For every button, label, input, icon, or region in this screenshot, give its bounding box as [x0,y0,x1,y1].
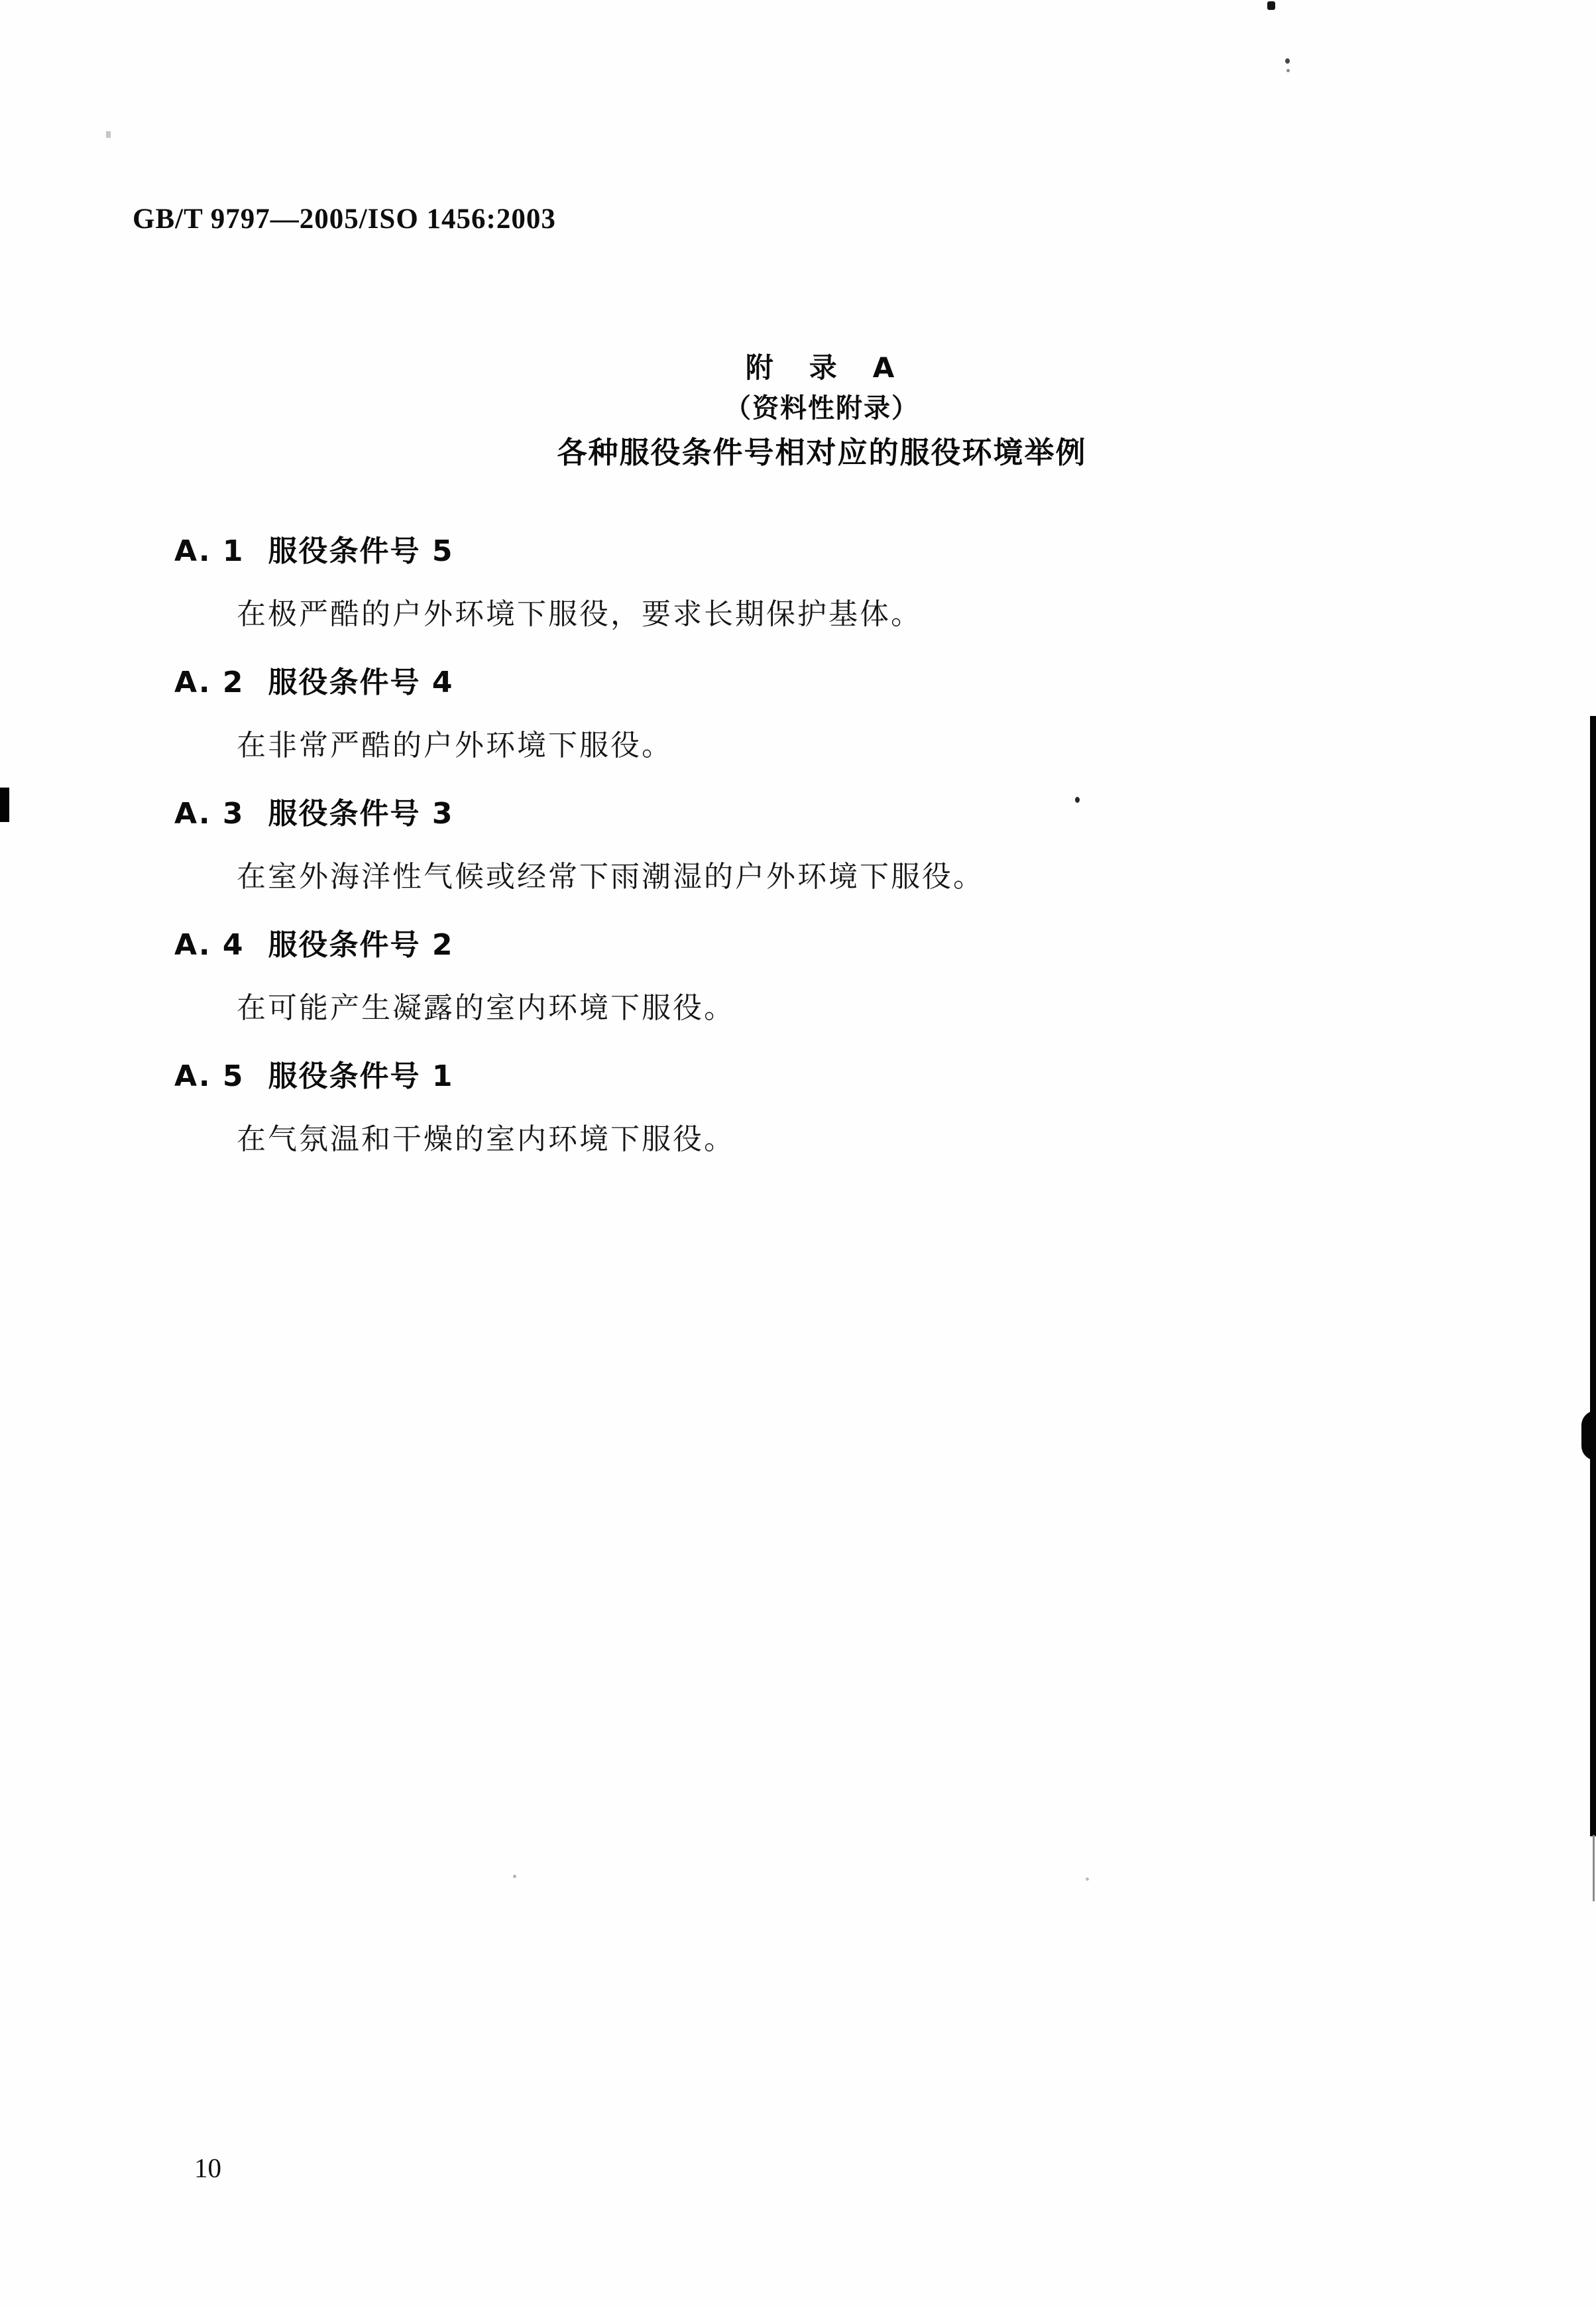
scan-artifact-right-edge-bulge [1581,1411,1596,1460]
page-number: 10 [194,2152,221,2184]
section-title: 服役条件号 2 [268,928,454,962]
section-heading: A. 3服役条件号 3 [174,790,453,832]
scan-artifact-right-edge-tail [1593,1835,1595,1901]
section-heading: A. 2服役条件号 4 [174,658,453,701]
section-title: 服役条件号 1 [268,1059,454,1093]
section-number: A. 3 [174,797,245,831]
appendix-sections: A. 1服役条件号 5 在极严酷的户外环境下服役，要求长期保护基体。 A. 2服… [0,527,1596,1183]
scan-artifact-speck [1086,1877,1089,1881]
appendix-heading: 各种服役条件号相对应的服役环境举例 [48,428,1596,471]
document-page: GB/T 9797—2005/ISO 1456:2003 附 录 A （资料性附… [0,0,1596,2307]
section-body: 在非常严酷的户外环境下服役。 [237,721,673,764]
section-number: A. 4 [174,928,245,962]
scan-artifact-speck [106,131,111,138]
appendix-subtitle: （资料性附录） [48,387,1596,425]
section-number: A. 5 [174,1059,245,1093]
section-a3: A. 3服役条件号 3 在室外海洋性气候或经常下雨潮湿的户外环境下服役。 [0,790,1596,921]
scan-artifact-speck [1075,797,1080,803]
scan-artifact-speck [1285,58,1290,64]
section-body: 在室外海洋性气候或经常下雨潮湿的户外环境下服役。 [237,853,984,895]
section-heading: A. 5服役条件号 1 [174,1052,453,1094]
section-title: 服役条件号 5 [268,534,454,568]
section-heading: A. 1服役条件号 5 [174,527,453,569]
section-body: 在可能产生凝露的室内环境下服役。 [237,984,735,1026]
scan-artifact-left-edge-mark [0,788,9,822]
section-heading: A. 4服役条件号 2 [174,921,453,963]
scan-artifact-right-edge-band [1590,716,1596,1836]
section-body: 在气氛温和干燥的室内环境下服役。 [237,1115,735,1157]
section-number: A. 2 [174,666,245,699]
section-title: 服役条件号 4 [268,666,454,699]
appendix-title: 附 录 A [48,346,1596,386]
section-title: 服役条件号 3 [268,797,454,831]
scan-artifact-speck [1286,69,1290,72]
section-a1: A. 1服役条件号 5 在极严酷的户外环境下服役，要求长期保护基体。 [0,527,1596,658]
section-body: 在极严酷的户外环境下服役，要求长期保护基体。 [237,590,922,632]
section-a2: A. 2服役条件号 4 在非常严酷的户外环境下服役。 [0,658,1596,790]
standard-code-header: GB/T 9797—2005/ISO 1456:2003 [133,203,556,235]
scan-artifact-speck [1267,1,1275,10]
section-a4: A. 4服役条件号 2 在可能产生凝露的室内环境下服役。 [0,921,1596,1052]
scan-artifact-speck [513,1875,516,1878]
section-number: A. 1 [174,534,245,568]
section-a5: A. 5服役条件号 1 在气氛温和干燥的室内环境下服役。 [0,1052,1596,1183]
